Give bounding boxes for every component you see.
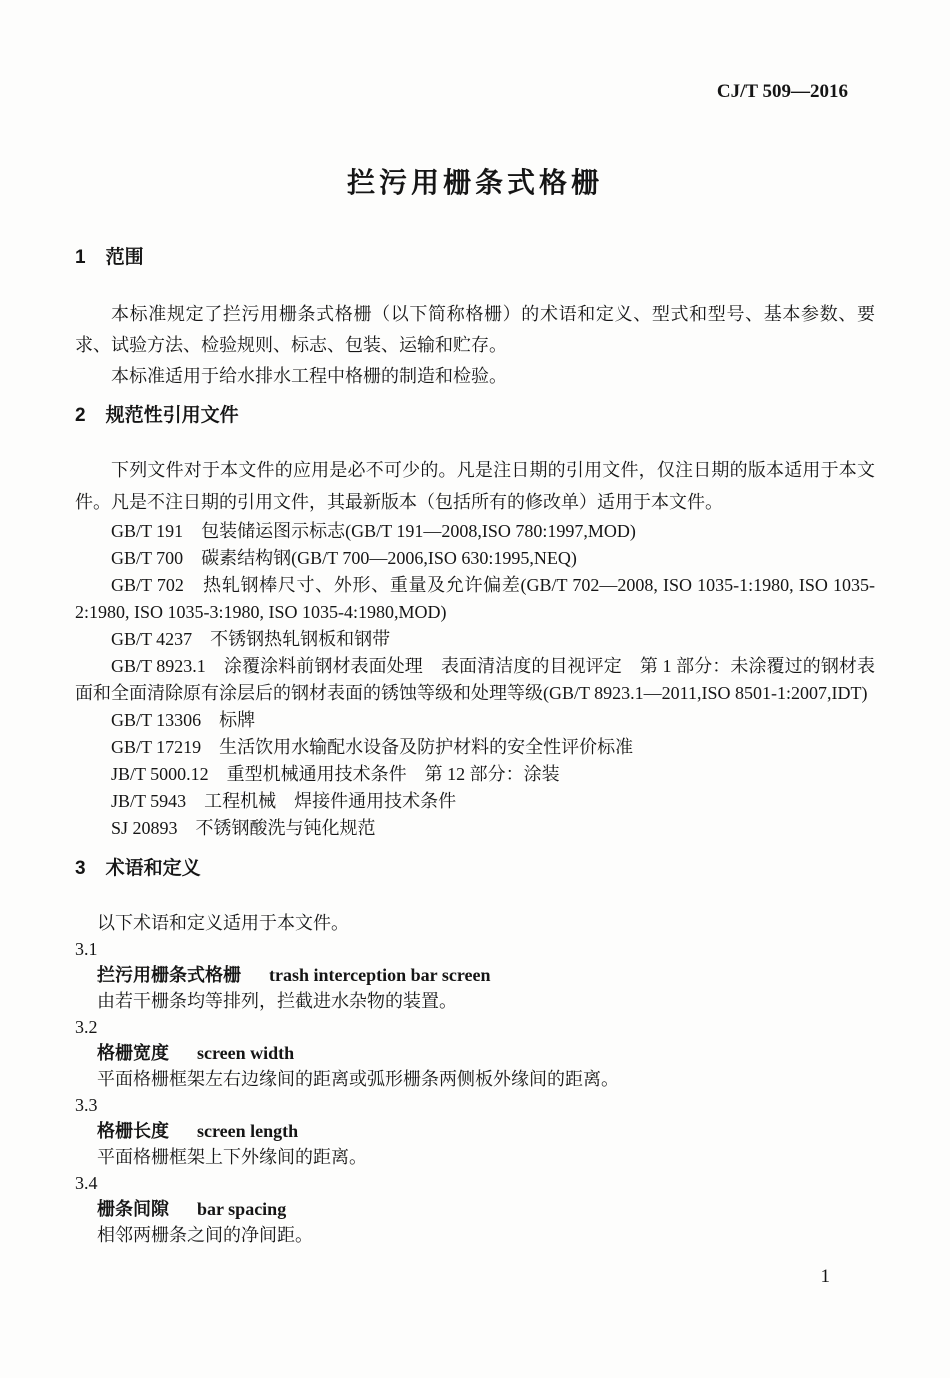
section-2-number: 2 [75, 404, 86, 428]
section-normative-references: 2规范性引用文件 下列文件对于本文件的应用是必不可少的。凡是注日期的引用文件，仅… [75, 404, 875, 842]
term-english: trash interception bar screen [269, 965, 490, 985]
section-1-heading: 1范围 [75, 246, 875, 270]
term-chinese: 栅条间隙 [97, 1199, 169, 1219]
section-2-heading: 2规范性引用文件 [75, 404, 875, 428]
term-entry: 3.1 拦污用栅条式格栅trash interception bar scree… [75, 936, 875, 1014]
section-2-title: 规范性引用文件 [106, 405, 239, 426]
term-chinese: 格栅宽度 [97, 1043, 169, 1063]
section-scope: 1范围 本标准规定了拦污用栅条式格栅（以下简称格栅）的术语和定义、型式和型号、基… [75, 246, 875, 392]
reference-item: GB/T 700 碳素结构钢(GB/T 700—2006,ISO 630:199… [75, 545, 875, 572]
term-entry: 3.2 格栅宽度screen width 平面格栅框架左右边缘间的距离或弧形栅条… [75, 1014, 875, 1092]
terms-intro: 以下术语和定义适用于本文件。 [75, 910, 875, 936]
term-definition: 平面格栅框架上下外缘间的距离。 [75, 1144, 875, 1170]
term-definition: 由若干栅条均等排列，拦截进水杂物的装置。 [75, 988, 875, 1014]
reference-item: SJ 20893 不锈钢酸洗与钝化规范 [75, 815, 875, 842]
term-number: 3.2 [75, 1014, 875, 1040]
term-entry: 3.4 栅条间隙bar spacing 相邻两栅条之间的净间距。 [75, 1170, 875, 1248]
section-3-number: 3 [75, 857, 86, 881]
reference-item: GB/T 191 包装储运图示标志(GB/T 191—2008,ISO 780:… [75, 518, 875, 545]
term-number: 3.4 [75, 1170, 875, 1196]
section-1-title: 范围 [106, 247, 144, 268]
term-entry: 3.3 格栅长度screen length 平面格栅框架上下外缘间的距离。 [75, 1092, 875, 1170]
term-number: 3.3 [75, 1092, 875, 1118]
reference-item: GB/T 4237 不锈钢热轧钢板和钢带 [75, 626, 875, 653]
standard-number: CJ/T 509—2016 [717, 81, 848, 102]
document-page: CJ/T 509—2016 拦污用栅条式格栅 1范围 本标准规定了拦污用栅条式格… [0, 0, 950, 1378]
term-english: screen width [197, 1043, 294, 1063]
reference-item: JB/T 5943 工程机械 焊接件通用技术条件 [75, 788, 875, 815]
document-title: 拦污用栅条式格栅 [75, 166, 875, 200]
term-chinese: 拦污用栅条式格栅 [97, 965, 241, 985]
reference-item: GB/T 17219 生活饮用水输配水设备及防护材料的安全性评价标准 [75, 734, 875, 761]
reference-item: GB/T 702 热轧钢棒尺寸、外形、重量及允许偏差(GB/T 702—2008… [75, 572, 875, 626]
document-header: CJ/T 509—2016 [75, 82, 875, 102]
reference-item: GB/T 13306 标牌 [75, 707, 875, 734]
term-title-line: 栅条间隙bar spacing [75, 1196, 875, 1222]
section-1-number: 1 [75, 246, 86, 270]
term-english: bar spacing [197, 1199, 286, 1219]
section-3-title: 术语和定义 [106, 858, 201, 879]
reference-item: JB/T 5000.12 重型机械通用技术条件 第 12 部分：涂装 [75, 761, 875, 788]
scope-paragraph-1: 本标准规定了拦污用栅条式格栅（以下简称格栅）的术语和定义、型式和型号、基本参数、… [75, 299, 875, 361]
page-number: 1 [821, 1266, 831, 1288]
scope-paragraph-2: 本标准适用于给水排水工程中格栅的制造和检验。 [75, 361, 875, 392]
reference-item: GB/T 8923.1 涂覆涂料前钢材表面处理 表面清洁度的目视评定 第 1 部… [75, 653, 875, 707]
term-definition: 相邻两栅条之间的净间距。 [75, 1222, 875, 1248]
term-english: screen length [197, 1121, 298, 1141]
term-definition: 平面格栅框架左右边缘间的距离或弧形栅条两侧板外缘间的距离。 [75, 1066, 875, 1092]
term-number: 3.1 [75, 936, 875, 962]
references-intro: 下列文件对于本文件的应用是必不可少的。凡是注日期的引用文件，仅注日期的版本适用于… [75, 454, 875, 518]
term-title-line: 拦污用栅条式格栅trash interception bar screen [75, 962, 875, 988]
term-chinese: 格栅长度 [97, 1121, 169, 1141]
section-terms-definitions: 3术语和定义 以下术语和定义适用于本文件。 3.1 拦污用栅条式格栅trash … [75, 857, 875, 1248]
term-title-line: 格栅宽度screen width [75, 1040, 875, 1066]
term-title-line: 格栅长度screen length [75, 1118, 875, 1144]
section-3-heading: 3术语和定义 [75, 857, 875, 881]
